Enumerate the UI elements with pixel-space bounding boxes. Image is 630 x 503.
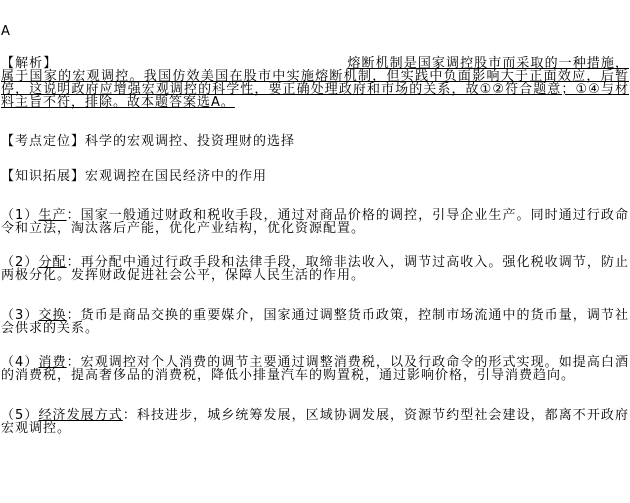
item-text: 货币是商品交换的重要媒介，国家通过调整货币政策，控制市场流通中的货币量，调节社会… [1, 308, 629, 336]
exam-point-text: 科学的宏观调控、投资理财的选择 [85, 134, 295, 149]
knowledge-expansion-title: 宏观调控在国民经济中的作用 [85, 169, 267, 184]
knowledge-expansion-label: 【知识拓展】 [1, 169, 85, 184]
knowledge-item-consumption: （4）消费：宏观调控对个人消费的调节主要通过调整消费税，以及行政命令的形式实现。… [1, 356, 629, 382]
item-separator: ： [123, 408, 137, 423]
answer-letter: A [1, 0, 629, 38]
analysis-text: 熔断机制是国家调控股市而采取的一种措施，属于国家的宏观调控。我国仿效美国在股市中… [1, 56, 629, 110]
knowledge-item-production: （1）生产：国家一般通过财政和税收手段，通过对商品价格的调控，引导企业生产。同时… [1, 209, 629, 235]
item-text: 宏观调控对个人消费的调节主要通过调整消费税，以及行政命令的形式实现。如提高白酒的… [1, 355, 629, 383]
exam-point-label: 【考点定位】 [1, 134, 85, 149]
document-page: A 【解析】熔断机制是国家调控股市而采取的一种措施，属于国家的宏观调控。我国仿效… [0, 0, 630, 503]
exam-point-paragraph: 【考点定位】科学的宏观调控、投资理财的选择 [1, 135, 629, 148]
knowledge-item-exchange: （3）交换：货币是商品交换的重要媒介，国家通过调整货币政策，控制市场流通中的货币… [1, 309, 629, 335]
analysis-gap-spacer [57, 66, 347, 67]
knowledge-expansion-paragraph: 【知识拓展】宏观调控在国民经济中的作用 [1, 170, 629, 183]
item-text: 国家一般通过财政和税收手段，通过对商品价格的调控，引导企业生产。同时通过行政命令… [1, 208, 629, 236]
analysis-paragraph: 【解析】熔断机制是国家调控股市而采取的一种措施，属于国家的宏观调控。我国仿效美国… [1, 57, 629, 109]
knowledge-item-development-mode: （5）经济发展方式：科技进步，城乡统筹发展，区域协调发展，资源节约型社会建设，都… [1, 409, 629, 435]
knowledge-item-distribution: （2）分配：再分配中通过行政手段和法律手段，取缔非法收入，调节过高收入。强化税收… [1, 256, 629, 282]
item-text: 再分配中通过行政手段和法律手段，取缔非法收入，调节过高收入。强化税收调节，防止两… [1, 255, 629, 283]
